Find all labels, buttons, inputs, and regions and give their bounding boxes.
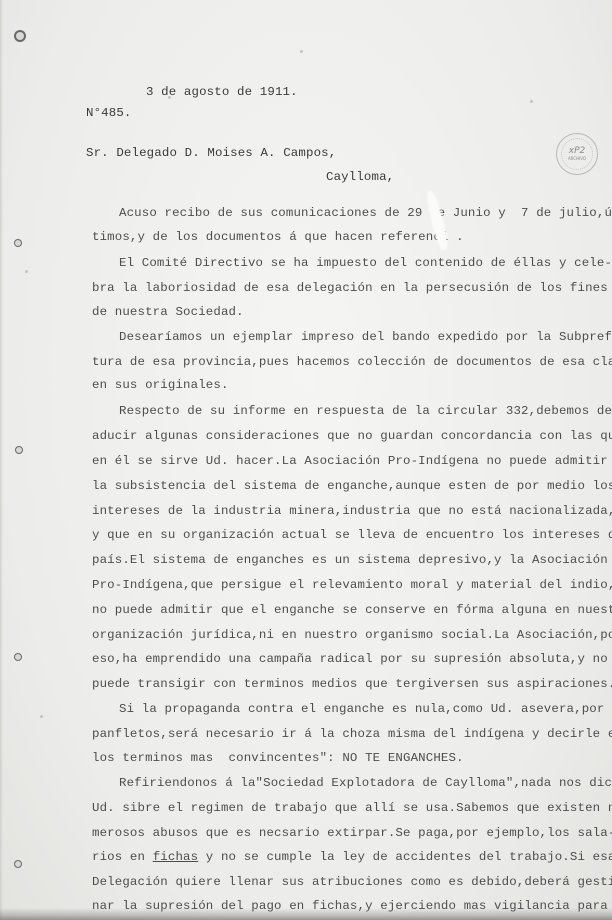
line-text: y no se cumple la ley de accidentes del … xyxy=(198,850,612,864)
body-line: Refiriendonos á la"Sociedad Explotadora … xyxy=(119,776,612,790)
body-line: Si la propaganda contra el enganche es n… xyxy=(119,702,604,716)
body-line: Pro-Indígena,que persigue el relevamient… xyxy=(92,578,612,592)
body-line: Delegación quiere llenar sus atribucione… xyxy=(92,875,612,889)
body-line: Desearíamos un ejemplar impreso del band… xyxy=(119,330,612,344)
letter-number: N°485. xyxy=(86,106,132,120)
body-line: nar la supresión del pago en fichas,y ej… xyxy=(92,899,608,913)
body-line: país.El sistema de enganches es un siste… xyxy=(92,553,608,567)
body-line: bra la laboriosidad de esa delegación en… xyxy=(92,281,608,295)
body-line: merosos abusos que es necsario extirpar.… xyxy=(92,826,612,840)
letter-date: 3 de agosto de 1911. xyxy=(146,85,298,99)
letter-place: Caylloma, xyxy=(326,170,394,184)
body-line: aducir algunas consideraciones que no gu… xyxy=(92,429,612,443)
body-line: rios en fichas y no se cumple la ley de … xyxy=(92,850,612,864)
body-line: tura de esa provincia,pues hacemos colec… xyxy=(92,355,612,369)
archive-stamp: xP2 ARCHIVO xyxy=(556,133,598,175)
page-edge xyxy=(0,0,3,920)
binder-hole-icon xyxy=(15,446,23,454)
letter-addressee: Sr. Delegado D. Moises A. Campos, xyxy=(86,146,336,160)
body-line: eso,ha emprendido una campaña radical po… xyxy=(92,652,608,666)
document-page: 3 de agosto de 1911. N°485. Sr. Delegado… xyxy=(0,0,612,920)
stamp-mark: xP2 xyxy=(569,147,585,156)
stamp-subtext: ARCHIVO xyxy=(568,156,586,161)
body-line: El Comité Directivo se ha impuesto del c… xyxy=(119,256,612,270)
body-line: organización jurídica,ni en nuestro orga… xyxy=(92,628,612,642)
body-line: y que en su organización actual se lleva… xyxy=(92,528,612,542)
binder-hole-icon xyxy=(14,30,26,42)
body-line: los terminos mas convincentes": NO TE EN… xyxy=(92,751,464,765)
body-line: timos,y de los documentos á que hacen re… xyxy=(92,230,464,244)
binder-hole-icon xyxy=(14,653,22,661)
body-line: Ud. sibre el regimen de trabajo que allí… xyxy=(92,801,612,815)
body-line: panfletos,será necesario ir á la choza m… xyxy=(92,727,612,741)
body-line: Respecto de su informe en respuesta de l… xyxy=(119,404,612,418)
underlined-word: fichas xyxy=(153,850,199,864)
body-line: intereses de la industria minera,industr… xyxy=(92,504,612,518)
line-text: rios en xyxy=(92,850,153,864)
body-line: la subsistencia del sistema de enganche,… xyxy=(92,479,612,493)
body-line: puede transigir con terminos medios que … xyxy=(92,677,612,691)
body-line: en sus originales. xyxy=(92,378,229,392)
body-line: no puede admitir que el enganche se cons… xyxy=(92,603,612,617)
body-line: en él se sirve Ud. hacer.La Asociación P… xyxy=(92,454,608,468)
binder-hole-icon xyxy=(14,239,22,247)
body-line: de nuestra Sociedad. xyxy=(92,305,244,319)
binder-hole-icon xyxy=(14,860,22,868)
body-line: Acuso recibo de sus comunicaciones de 29… xyxy=(119,206,612,220)
